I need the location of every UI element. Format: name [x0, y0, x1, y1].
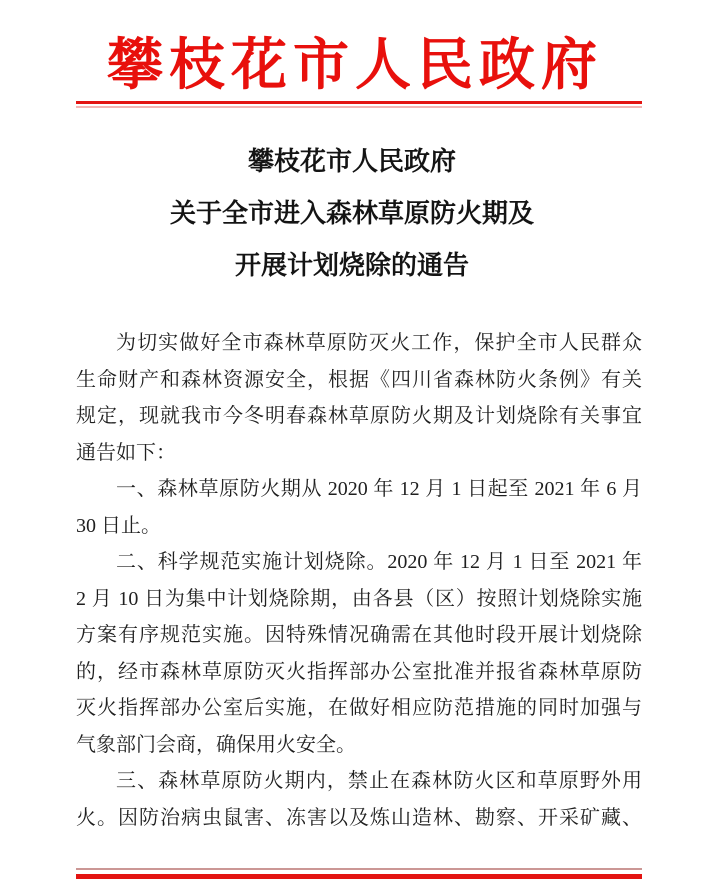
body-line: 的，经市森林草原防灭火指挥部办公室批准并报省森林草原防: [76, 654, 642, 691]
body-line: 一、森林草原防火期从 2020 年 12 月 1 日起至 2021 年 6 月: [76, 471, 642, 508]
body-line: 火。因防治病虫鼠害、冻害以及炼山造林、勘察、开采矿藏、: [76, 800, 642, 837]
rule-top-thick-line: [76, 101, 642, 104]
body-line: 灭火指挥部办公室后实施，在做好相应防范措施的同时加强与: [76, 690, 642, 727]
document-title-line: 开展计划烧除的通告: [0, 240, 704, 292]
document-title: 攀枝花市人民政府 关于全市进入森林草原防火期及 开展计划烧除的通告: [0, 136, 704, 292]
page-footer-rule: [76, 868, 642, 879]
document-title-line: 攀枝花市人民政府: [0, 136, 704, 188]
document-page: 攀枝花市人民政府 攀枝花市人民政府 关于全市进入森林草原防火期及 开展计划烧除的…: [0, 0, 704, 891]
body-line: 方案有序规范实施。因特殊情况确需在其他时段开展计划烧除: [76, 617, 642, 654]
body-line: 为切实做好全市森林草原防灭火工作，保护全市人民群众: [76, 325, 642, 362]
body-line: 气象部门会商，确保用火安全。: [76, 727, 642, 764]
body-line: 三、森林草原防火期内，禁止在森林防火区和草原野外用: [76, 763, 642, 800]
rule-top-thin-line: [76, 106, 642, 108]
body-line: 二、科学规范实施计划烧除。2020 年 12 月 1 日至 2021 年: [76, 544, 642, 581]
letterhead-separator-rule: [76, 101, 642, 108]
body-line: 通告如下：: [76, 435, 642, 472]
rule-bottom-thin-line: [76, 868, 642, 870]
body-line: 2 月 10 日为集中计划烧除期，由各县（区）按照计划烧除实施: [76, 581, 642, 618]
document-title-line: 关于全市进入森林草原防火期及: [0, 188, 704, 240]
document-body: 为切实做好全市森林草原防灭火工作，保护全市人民群众 生命财产和森林资源安全，根据…: [76, 325, 642, 836]
body-line: 30 日止。: [76, 508, 642, 545]
body-line: 生命财产和森林资源安全，根据《四川省森林防火条例》有关: [76, 362, 642, 399]
rule-bottom-thick-line: [76, 874, 642, 879]
letterhead-org-name: 攀枝花市人民政府: [0, 34, 704, 98]
body-line: 规定，现就我市今冬明春森林草原防火期及计划烧除有关事宜: [76, 398, 642, 435]
